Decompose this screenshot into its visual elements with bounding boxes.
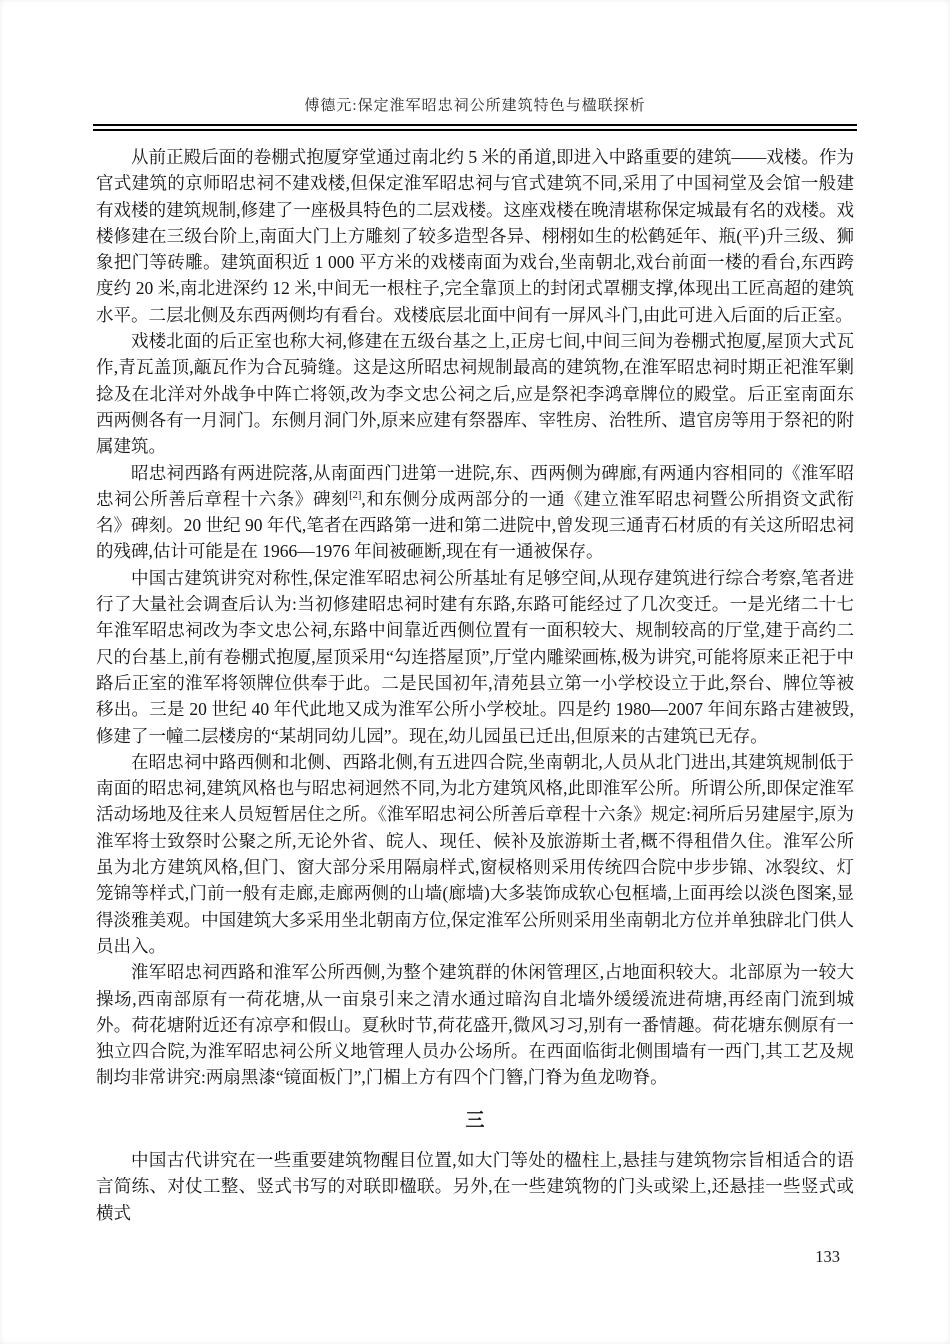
footnote-marker: [2] [349, 490, 361, 501]
page-number: 133 [96, 1247, 854, 1267]
body-paragraph: 中国古代讲究在一些重要建筑物醒目位置,如大门等处的楹柱上,悬挂与建筑物宗旨相适合… [96, 1147, 854, 1226]
body-paragraph: 从前正殿后面的卷棚式抱厦穿堂通过南北约 5 米的甬道,即进入中路重要的建筑——戏… [96, 144, 854, 328]
body-paragraph: 淮军昭忠祠西路和淮军公所西侧,为整个建筑群的休闲管理区,占地面积较大。北部原为一… [96, 959, 854, 1090]
article-section-2: 从前正殿后面的卷棚式抱厦穿堂通过南北约 5 米的甬道,即进入中路重要的建筑——戏… [96, 144, 854, 1091]
body-paragraph: 中国古建筑讲究对称性,保定淮军昭忠祠公所基址有足够空间,从现存建筑进行综合考察,… [96, 565, 854, 749]
document-page: 傅德元:保定淮军昭忠祠公所建筑特色与楹联探析 从前正殿后面的卷棚式抱厦穿堂通过南… [0, 0, 950, 1344]
header-rule [93, 124, 857, 131]
article-body: 从前正殿后面的卷棚式抱厦穿堂通过南北约 5 米的甬道,即进入中路重要的建筑——戏… [96, 144, 854, 1226]
body-paragraph: 戏楼北面的后正室也称大祠,修建在五级台基之上,正房七间,中间三间为卷棚式抱厦,屋… [96, 328, 854, 459]
running-title: 傅德元:保定淮军昭忠祠公所建筑特色与楹联探析 [0, 0, 950, 115]
page-footer: 133 [96, 1247, 854, 1267]
article-section-3: 中国古代讲究在一些重要建筑物醒目位置,如大门等处的楹柱上,悬挂与建筑物宗旨相适合… [96, 1147, 854, 1226]
section-heading: 三 [96, 1108, 854, 1134]
body-paragraph: 在昭忠祠中路西侧和北侧、西路北侧,有五进四合院,坐南朝北,人员从北门进出,其建筑… [96, 749, 854, 959]
body-paragraph: 昭忠祠西路有两进院落,从南面西门进第一进院,东、西两侧为碑廊,有两通内容相同的《… [96, 460, 854, 565]
